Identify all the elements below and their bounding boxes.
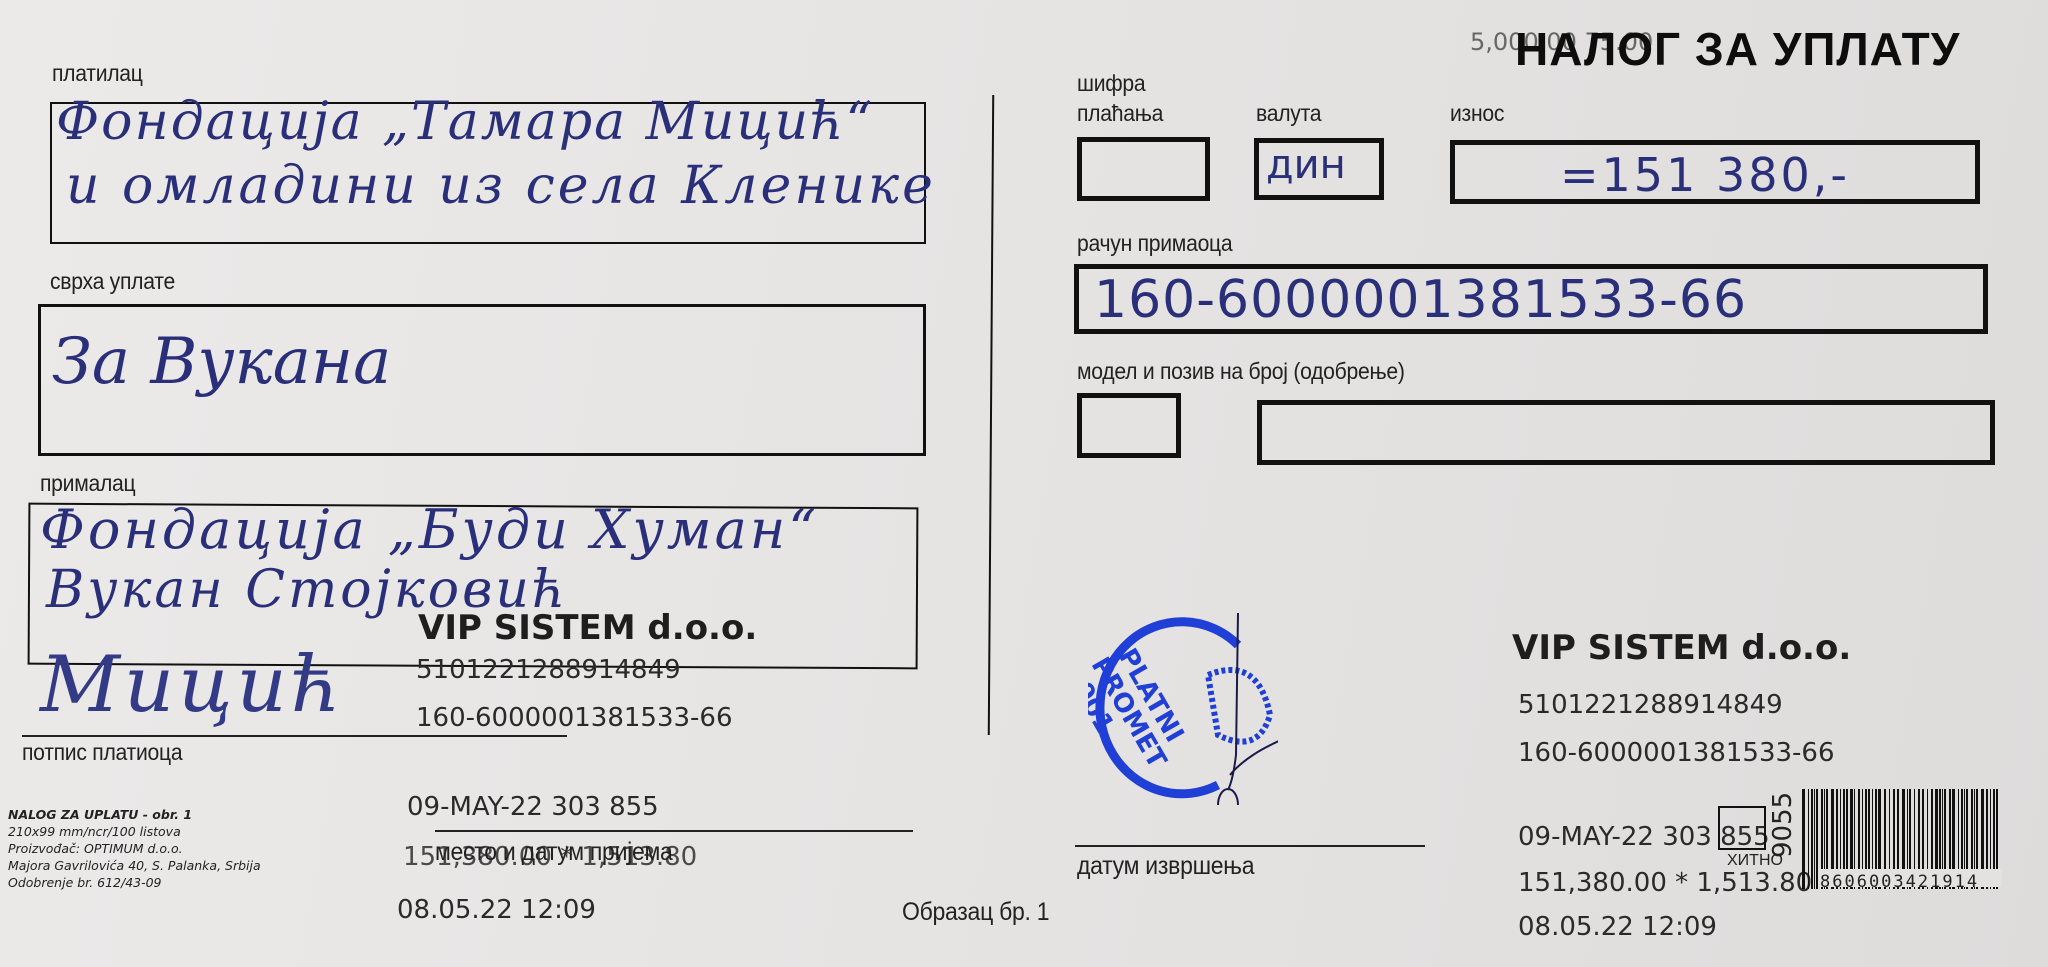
purpose-label: сврха уплате xyxy=(50,268,175,295)
recipient-label: прималац xyxy=(40,470,135,497)
barcode-side-number: 9055 xyxy=(1768,792,1798,858)
payer-signature-label: потпис платиоца xyxy=(22,739,182,766)
payer-signature: Мицић xyxy=(40,640,345,730)
imprint-line-4: Majora Gavrilovića 40, S. Palanka, Srbij… xyxy=(8,857,261,874)
printer-left-id: 5101221288914849 xyxy=(416,655,681,685)
payer-signature-line xyxy=(22,735,567,737)
printer-left-line1: 09-MAY-22 303 855 xyxy=(407,792,659,822)
execution-date-label: датум извршења xyxy=(1077,852,1254,881)
payer-line1: Фондација „Тамара Мицић“ xyxy=(56,92,874,152)
payment-code-label-1: шифра xyxy=(1077,70,1145,97)
received-label: место и датум пријема xyxy=(435,838,673,867)
model-reference-label: модел и позив на број (одобрење) xyxy=(1077,358,1405,385)
recipient-account-label: рачун примаоца xyxy=(1077,230,1232,257)
received-line xyxy=(435,830,913,832)
purpose-value: За Вукана xyxy=(52,325,391,399)
form-title: НАЛОГ ЗА УПЛАТУ xyxy=(1515,22,1960,76)
recipient-line1: Фондација „Буди Хуман“ xyxy=(40,498,819,561)
column-divider xyxy=(988,95,994,735)
execution-date-line xyxy=(1075,845,1425,847)
currency-value: дин xyxy=(1266,142,1346,188)
imprint-line-3: Proizvođač: OPTIMUM d.o.o. xyxy=(8,840,261,857)
printer-right-id: 5101221288914849 xyxy=(1518,690,1783,720)
reference-field[interactable] xyxy=(1257,400,1995,465)
payment-code-label-2: плаћања xyxy=(1077,100,1163,127)
printer-left-account: 160-6000001381533-66 xyxy=(416,703,733,733)
payer-label: платилац xyxy=(52,60,143,87)
payer-line2: и омладини из села Кленике xyxy=(66,156,936,216)
printer-right-line3: 08.05.22 12:09 xyxy=(1518,912,1717,942)
amount-label: износ xyxy=(1450,100,1504,127)
imprint-line-2: 210x99 mm/ncr/100 listova xyxy=(8,823,261,840)
currency-label: валута xyxy=(1256,100,1321,127)
platni-promet-stamp: PLATNI PROMET 001 xyxy=(1088,605,1278,805)
sample-label: Образац бр. 1 xyxy=(902,898,1049,927)
payment-order-form: 5,000.00 75.00 НАЛОГ ЗА УПЛАТУ платилац … xyxy=(0,0,2048,967)
payment-code-field[interactable] xyxy=(1077,137,1210,201)
printer-right-line2: 151,380.00 * 1,513.80 xyxy=(1518,868,1812,898)
printer-left-company: VIP SISTEM d.o.o. xyxy=(418,608,757,648)
barcode-number: 8606003421914 xyxy=(1820,872,1979,892)
amount-value: =151 380,- xyxy=(1560,148,1850,202)
printer-imprint: NALOG ZA UPLATU - obr. 1 210x99 mm/ncr/1… xyxy=(8,806,261,891)
recipient-account-value: 160-6000001381533-66 xyxy=(1094,270,1747,330)
imprint-line-1: NALOG ZA UPLATU - obr. 1 xyxy=(8,806,261,823)
printer-right-account: 160-6000001381533-66 xyxy=(1518,738,1835,768)
urgent-checkbox[interactable] xyxy=(1718,806,1766,850)
model-field[interactable] xyxy=(1077,393,1181,458)
printer-right-company: VIP SISTEM d.o.o. xyxy=(1512,628,1851,668)
printer-left-line3: 08.05.22 12:09 xyxy=(397,895,596,925)
imprint-line-5: Odobrenje br. 612/43-09 xyxy=(8,874,261,891)
